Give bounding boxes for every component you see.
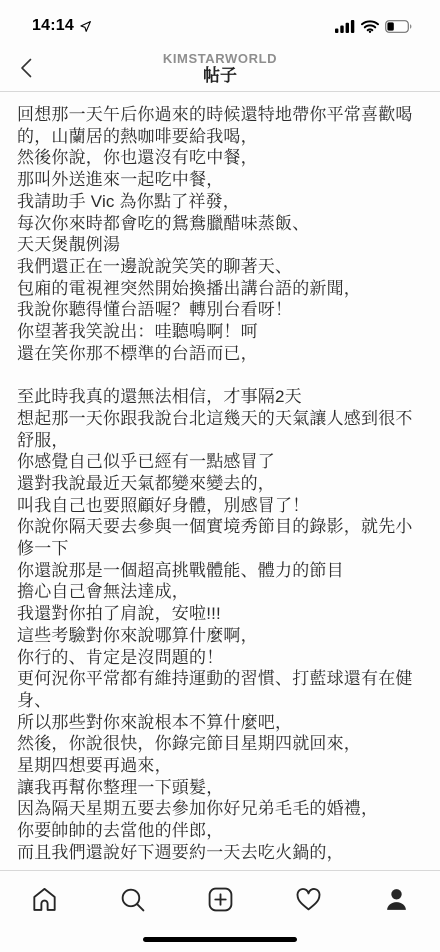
post-text-line: 我們還正在一邊說說笑笑的聊著天、 xyxy=(17,256,430,278)
battery-icon xyxy=(385,20,412,33)
post-text-line: 然後你說，你也還沒有吃中餐， xyxy=(17,147,430,169)
nav-titles: KIMSTARWORLD 帖子 xyxy=(163,49,277,86)
post-text-line: 你感覺自己似乎已經有一點感冒了 xyxy=(17,451,430,473)
post-text-line: 你望著我笑說出：哇聽嗚啊！呵 xyxy=(17,321,430,343)
chevron-left-icon xyxy=(16,56,38,80)
tab-search[interactable] xyxy=(88,886,176,913)
tab-bar xyxy=(0,870,440,952)
post-text-line: 我還對你拍了肩說，安啦!!! xyxy=(17,603,430,625)
home-indicator[interactable] xyxy=(143,937,297,942)
post-text-line: 叫我自己也要照顧好身體，別感冒了！ xyxy=(17,495,430,517)
post-content: 回想那一天午后你過來的時候還特地帶你平常喜歡喝的，山蘭居的熱咖啡要給我喝，然後你… xyxy=(0,93,440,870)
post-text-line: 那叫外送進來一起吃中餐， xyxy=(17,169,430,191)
tab-profile[interactable] xyxy=(352,886,440,913)
post-text-line: 舒服， xyxy=(17,430,430,452)
back-button[interactable] xyxy=(10,48,44,88)
tab-icons xyxy=(0,871,440,927)
post-text-line: 你行的、肯定是沒問題的！ xyxy=(17,647,430,669)
home-icon xyxy=(31,886,58,913)
search-icon xyxy=(119,886,146,913)
post-text-line: 修一下 xyxy=(17,538,430,560)
post-text-line: 你要帥帥的去當他的伴郎， xyxy=(17,820,430,842)
heart-icon xyxy=(295,886,322,913)
post-text-line: 每次你來時都會吃的鴛鴦臘醋味蒸飯、 xyxy=(17,213,430,235)
status-bar-left: 14:14 xyxy=(32,17,92,35)
post-text-line: 因為隔天星期五要去參加你好兄弟毛毛的婚禮， xyxy=(17,798,430,820)
post-text-line: 星期四想要再過來， xyxy=(17,755,430,777)
post-text-line: 身、 xyxy=(17,690,430,712)
post-text-line: 你說你隔天要去參與一個實境秀節目的錄影，就先小 xyxy=(17,516,430,538)
post-text: 回想那一天午后你過來的時候還特地帶你平常喜歡喝的，山蘭居的熱咖啡要給我喝，然後你… xyxy=(17,104,430,864)
post-text-line: 擔心自己會無法達成， xyxy=(17,581,430,603)
post-text-line: 我說你聽得懂台語喔？轉別台看呀！ xyxy=(17,299,430,321)
status-bar-right xyxy=(335,20,412,33)
post-text-line: 至此時我真的還無法相信，才事隔2天 xyxy=(17,386,430,408)
wifi-icon xyxy=(361,20,379,33)
post-text-line: 更何況你平常都有維持運動的習慣、打藍球還有在健 xyxy=(17,668,430,690)
post-text-line xyxy=(17,364,430,386)
post-text-line: 想起那一天你跟我說台北這幾天的天氣讓人感到很不 xyxy=(17,408,430,430)
post-text-line: 我請助手 Vic 為你點了祥發， xyxy=(17,191,430,213)
nav-bar: KIMSTARWORLD 帖子 xyxy=(0,44,440,92)
post-text-line: 而且我們還說好下週要約一天去吃火鍋的， xyxy=(17,842,430,864)
status-bar: 14:14 xyxy=(0,0,440,44)
post-text-line: 的，山蘭居的熱咖啡要給我喝， xyxy=(17,126,430,148)
post-text-line: 回想那一天午后你過來的時候還特地帶你平常喜歡喝 xyxy=(17,104,430,126)
profile-icon xyxy=(383,886,410,913)
post-text-line: 所以那些對你來說根本不算什麼吧， xyxy=(17,712,430,734)
location-arrow-icon xyxy=(79,20,92,33)
post-text-line: 還在笑你那不標準的台語而已， xyxy=(17,343,430,365)
post-text-line: 你還說那是一個超高挑戰體能、體力的節目 xyxy=(17,560,430,582)
post-text-line: 然後，你說很快，你錄完節目星期四就回來， xyxy=(17,733,430,755)
clock: 14:14 xyxy=(32,17,74,35)
post-text-line: 讓我再幫你整理一下頭髮， xyxy=(17,777,430,799)
account-name: KIMSTARWORLD xyxy=(163,51,277,66)
tab-home[interactable] xyxy=(0,886,88,913)
post-text-line: 這些考驗對你來說哪算什麼啊， xyxy=(17,625,430,647)
plus-square-icon xyxy=(207,886,234,913)
page-title: 帖子 xyxy=(163,66,277,86)
post-text-line: 包廂的電視裡突然開始換播出講台語的新聞， xyxy=(17,278,430,300)
cellular-signal-icon xyxy=(335,20,355,33)
post-text-line: 天天煲靚例湯 xyxy=(17,234,430,256)
tab-new-post[interactable] xyxy=(176,886,264,913)
tab-activity[interactable] xyxy=(264,886,352,913)
phone-screen: 14:14 xyxy=(0,0,440,952)
post-text-line: 還對我說最近天氣都變來變去的， xyxy=(17,473,430,495)
